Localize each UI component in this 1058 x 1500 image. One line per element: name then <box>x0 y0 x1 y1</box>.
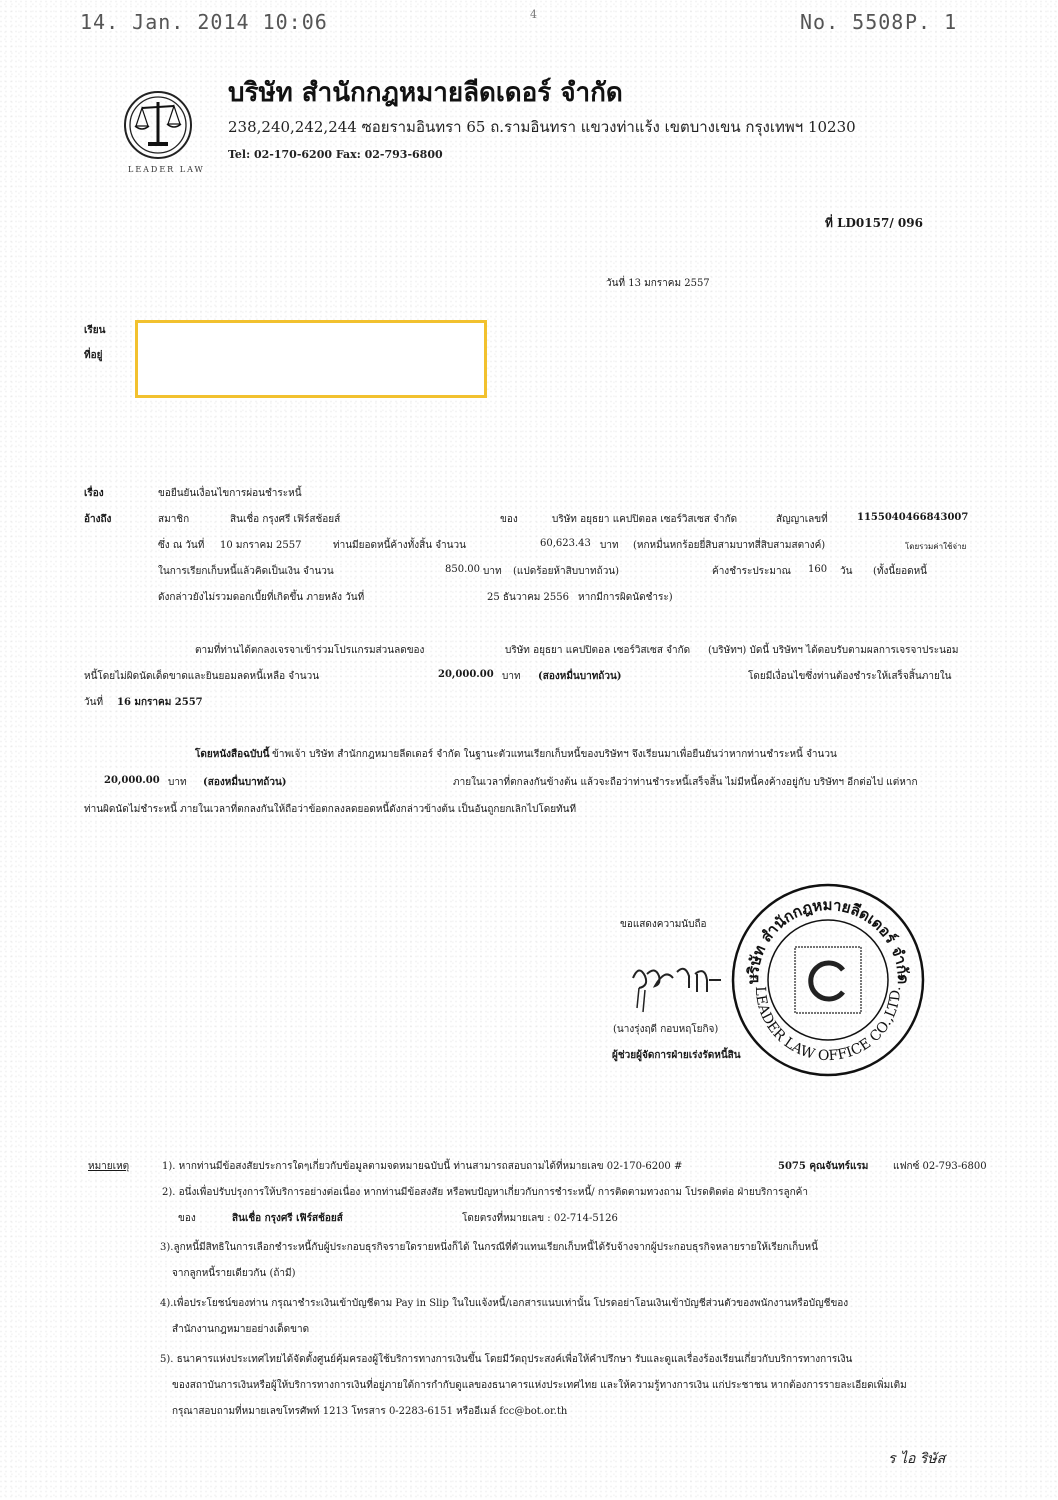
para2-line1-b: ข้าพเจ้า บริษัท สำนักกฎหมายลีดเดอร์ จำกั… <box>272 747 837 762</box>
note-1-contact: 5075 คุณจันทร์แรม <box>778 1159 868 1174</box>
para1-line2-b: โดยมีเงื่อนไขซึ่งท่านต้องชำระให้เสร็จสิ้… <box>748 669 952 684</box>
para1-company: บริษัท อยุธยา แคปปิตอล เซอร์วิสเซส จำกัด <box>505 643 690 658</box>
para2-amount-words: (สองหมื่นบาทถ้วน) <box>203 775 287 790</box>
logo-text: LEADER LAW <box>128 165 205 174</box>
fax-number: No. 5508 <box>800 10 904 34</box>
ref-line4-b: หากมีการผิดนัดชำระ) <box>578 590 673 605</box>
settlement-words: (สองหมื่นบาทถ้วน) <box>538 669 622 684</box>
reference-label: อ้างถึง <box>84 512 111 527</box>
total-debt-words: (หกหมื่นหกร้อยยี่สิบสามบาทสี่สิบสามสตางค… <box>633 538 825 553</box>
ref-line2-a: ซึ่ง ณ วันที่ <box>158 538 204 553</box>
note-2-of: ของ <box>178 1211 196 1226</box>
para1-line1-a: ตามที่ท่านได้ตกลงเจรจาเข้าร่วมโปรแกรมส่ว… <box>195 643 424 658</box>
note-4-cont: สำนักงานกฎหมายอย่างเด็ดขาด <box>172 1322 309 1337</box>
signatory-name: (นางรุ่งฤดี กอบหฤโยกิจ) <box>613 1022 718 1037</box>
note-5: 5). ธนาคารแห่งประเทศไทยได้จัดตั้งศูนย์คุ… <box>160 1352 852 1367</box>
note-4: 4).เพื่อประโยชน์ของท่าน กรุณาชำระเงินเข้… <box>160 1296 848 1311</box>
ref-line2-c: โดยรวมค่าใช้จ่าย <box>905 540 966 553</box>
creditor-company: บริษัท อยุธยา แคปปิตอล เซอร์วิสเซส จำกัด <box>552 512 737 527</box>
para2-amount: 20,000.00 <box>104 775 160 786</box>
ref-line4-a: ดังกล่าวยังไม่รวมดอกเบี้ยที่เกิดขึ้น ภาย… <box>158 590 364 605</box>
note-5-cont-2: กรุณาสอบถามที่หมายเลขโทรศัพท์ 1213 โทรสา… <box>172 1404 567 1419</box>
para2-line1-a: โดยหนังสือฉบับนี้ <box>195 747 270 762</box>
subject-value: ขอยืนยันเงื่อนไขการผ่อนชำระหนี้ <box>158 486 302 501</box>
baht-label-4: บาท <box>168 775 187 790</box>
subject-label: เรื่อง <box>84 486 104 501</box>
member-value: สินเชื่อ กรุงศรี เฟิร์สช้อยส์ <box>230 512 340 527</box>
para2-line3: ท่านผิดนัดไม่ชำระหนี้ ภายในเวลาที่ตกลงกั… <box>84 802 576 817</box>
letter-date: วันที่ 13 มกราคม 2557 <box>606 276 710 291</box>
reference-number: ที่ LD0157/ 096 <box>825 214 923 233</box>
baht-label-2: บาท <box>483 564 502 579</box>
address-label: ที่อยู่ <box>84 348 102 363</box>
of-label: ของ <box>500 512 518 527</box>
svg-text:*: * <box>750 972 757 988</box>
to-label: เรียน <box>84 323 105 338</box>
note-2-product: สินเชื่อ กรุงศรี เฟิร์สช้อยส์ <box>232 1211 343 1226</box>
baht-label: บาท <box>600 538 619 553</box>
note-2-phone: โดยตรงที่หมายเลข : 02-714-5126 <box>462 1211 618 1226</box>
ref-line4-date: 25 ธันวาคม 2556 <box>487 590 569 605</box>
company-name: บริษัท สำนักกฎหมายลีดเดอร์ จำกัด <box>228 72 623 113</box>
company-seal-stamp: บริษัท สำนักกฎหมายลีดเดอร์ จำกัด LEADER … <box>728 880 928 1080</box>
collection-fee-amount: 850.00 <box>445 564 480 575</box>
para1-line2-a: หนี้โดยไม่ผิดนัดเด็ดขาดและยินยอมลดหนี้เห… <box>84 669 319 684</box>
ref-line2-date: 10 มกราคม 2557 <box>220 538 301 553</box>
para2-line2-b: ภายในเวลาที่ตกลงกันข้างต้น แล้วจะถือว่าท… <box>453 775 918 790</box>
member-label: สมาชิก <box>158 512 189 527</box>
fax-page: P. 1 <box>905 10 957 34</box>
ref-line3-c: (ทั้งนี้ยอดหนี้ <box>873 564 927 579</box>
contract-label: สัญญาเลขที่ <box>776 512 828 527</box>
closing: ขอแสดงความนับถือ <box>620 917 707 932</box>
contract-number: 1155040466843007 <box>857 512 968 523</box>
redacted-recipient-box <box>135 320 487 398</box>
note-3-cont: จากลูกหนี้รายเดียวกัน (ถ้ามี) <box>172 1266 296 1281</box>
handwritten-footer: ร ไอ ริษัส <box>888 1448 945 1470</box>
payment-deadline: 16 มกราคม 2557 <box>117 695 203 710</box>
notes-label: หมายเหตุ <box>88 1159 129 1174</box>
company-address: 238,240,242,244 ซอยรามอินทรา 65 ถ.รามอิน… <box>228 115 856 139</box>
company-tel-fax: Tel: 02-170-6200 Fax: 02-793-6800 <box>228 148 443 161</box>
para1-line1-b: (บริษัทฯ) บัดนี้ บริษัทฯ ได้ตอบรับตามผลก… <box>708 643 959 658</box>
ref-line2-b: ท่านมียอดหนี้ค้างทั้งสิ้น จำนวน <box>333 538 466 553</box>
ref-line3-b: ค้างชำระประมาณ <box>712 564 791 579</box>
total-debt-amount: 60,623.43 <box>540 538 591 549</box>
handwritten-signature <box>625 958 735 1022</box>
note-2: 2). อนึ่งเพื่อปรับปรุงการให้บริการอย่างต… <box>162 1185 808 1200</box>
para1-line3-a: วันที่ <box>84 695 103 710</box>
note-5-cont: ของสถาบันการเงินหรือผู้ให้บริการทางการเง… <box>172 1378 907 1393</box>
scales-of-justice-icon <box>118 88 198 168</box>
collection-fee-words: (แปดร้อยห้าสิบบาทถ้วน) <box>513 564 619 579</box>
day-unit: วัน <box>840 564 852 579</box>
note-1: 1). หากท่านมีข้อสงสัยประการใดๆเกี่ยวกับข… <box>162 1159 682 1174</box>
signatory-title: ผู้ช่วยผู้จัดการฝ่ายเร่งรัดหนี้สิน <box>612 1048 741 1063</box>
svg-text:*: * <box>898 972 905 988</box>
settlement-amount: 20,000.00 <box>438 669 494 680</box>
overdue-days: 160 <box>808 564 827 575</box>
fax-mark: 4 <box>530 8 537 21</box>
ref-line3-a: ในการเรียกเก็บหนี้แล้วคิดเป็นเงิน จำนวน <box>158 564 334 579</box>
note-1-fax: แฟกซ์ 02-793-6800 <box>893 1159 987 1174</box>
note-3: 3).ลูกหนี้มีสิทธิในการเลือกชำระหนี้กับผู… <box>160 1240 818 1255</box>
baht-label-3: บาท <box>502 669 521 684</box>
fax-datetime: 14. Jan. 2014 10:06 <box>80 10 328 34</box>
